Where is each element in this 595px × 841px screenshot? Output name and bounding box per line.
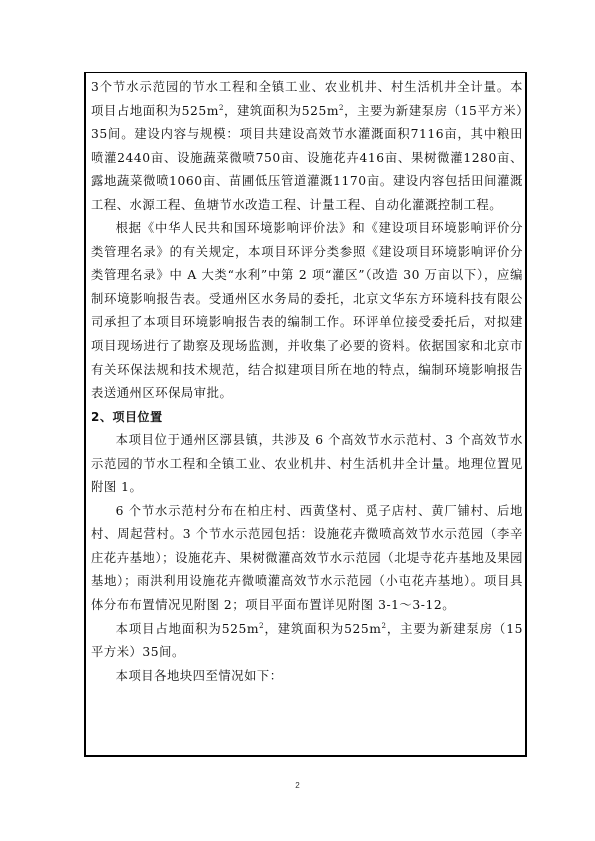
paragraph-demo-villages: 6 个节水示范村分布在柏庄村、西黄垡村、觅子店村、黄厂铺村、后地村、周起营村。3… [91,500,523,618]
text-run: ，建筑面积为525m [264,622,381,636]
text-run: ，建筑面积为525m [224,104,339,118]
section-heading-project-location: 2、项目位置 [91,406,523,430]
paragraph-eia-basis: 根据《中华人民共和国环境影响评价法》和《建设项目环境影响评价分类管理名录》的有关… [91,217,523,405]
document-body: 3个节水示范园的节水工程和全镇工业、农业机井、村生活机井全计量。本项目占地面积为… [91,76,523,688]
paragraph-project-scope: 3个节水示范园的节水工程和全镇工业、农业机井、村生活机井全计量。本项目占地面积为… [91,76,523,217]
paragraph-boundaries-intro: 本项目各地块四至情况如下： [91,665,523,689]
text-run: ，主要为新建泵房（15平方米）35间。建设内容与规模：项目共建设高效节水灌溉面积… [91,104,523,212]
text-run: 本项目占地面积为525m [116,622,259,636]
paragraph-area: 本项目占地面积为525m2，建筑面积为525m2，主要为新建泵房（15平方米）3… [91,618,523,665]
paragraph-location: 本项目位于通州区漷县镇，共涉及 6 个高效节水示范村、3 个高效节水示范园的节水… [91,429,523,500]
page-number: 2 [0,781,595,790]
